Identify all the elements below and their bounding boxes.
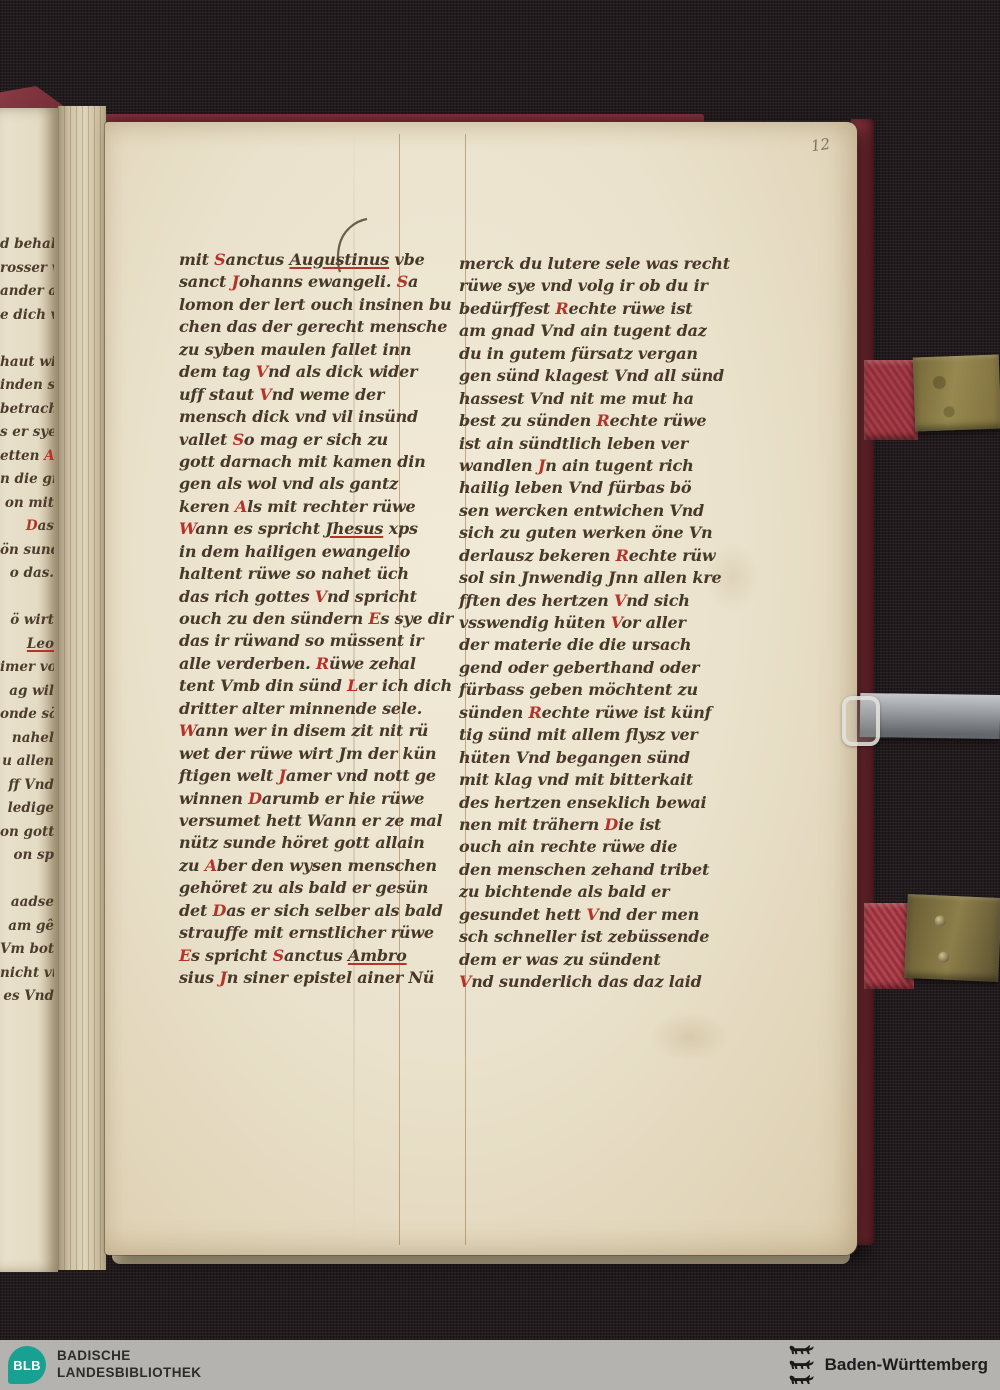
manuscript-line: am gnad Vnd ain tugent daz (459, 321, 711, 343)
manuscript-line: on sp (0, 847, 54, 871)
manuscript-line: sol sin Jnwendig Jnn allen kre (459, 568, 711, 590)
manuscript-line: fürbass geben möchtent zu (459, 680, 711, 702)
manuscript-line: bedürffest Rechte rüwe ist (459, 299, 711, 321)
manuscript-line: vallet So mag er sich zu (179, 430, 414, 452)
manuscript-line: Das (0, 518, 54, 542)
manuscript-line: ö wirt (0, 612, 54, 636)
manuscript-line: tent Vmb din sünd Ler ich dich (179, 676, 414, 698)
manuscript-line: gesundet hett Vnd der men (459, 905, 711, 927)
manuscript-line: Vnd sunderlich das daz laid (459, 972, 711, 994)
facing-page-text: d behaltenrosser verander alse dich vnha… (0, 236, 54, 1012)
manuscript-line: Wann wer in disem zit nit rü (179, 721, 414, 743)
manuscript-line (0, 871, 54, 895)
manuscript-line: e dich vn (0, 307, 54, 331)
state-name: Baden-Württemberg (825, 1355, 988, 1375)
manuscript-line: gen als wol vnd als gantz (179, 474, 414, 496)
manuscript-line: betrachten (0, 401, 54, 425)
manuscript-line: gen sünd klagest Vnd all sünd (459, 366, 711, 388)
manuscript-line: imer vor (0, 659, 54, 683)
manuscript-line: tig sünd mit allem flysz ver (459, 725, 711, 747)
manuscript-line: dem tag Vnd als dick wider (179, 362, 414, 384)
manuscript-line: mit klag vnd mit bitterkait (459, 770, 711, 792)
manuscript-line: gott darnach mit kamen din (179, 452, 414, 474)
manuscript-line: dritter alter minnende sele. (179, 699, 414, 721)
manuscript-line: zu Aber den wysen menschen (179, 856, 414, 878)
manuscript-page: 12 mit Sanctus Augustinus vbesanct Johan… (105, 122, 857, 1255)
manuscript-line: strauffe mit ernstlicher rüwe (179, 923, 414, 945)
manuscript-line: etten All (0, 448, 54, 472)
page-stain (650, 1012, 730, 1062)
manuscript-line: d behalten (0, 236, 54, 260)
manuscript-line: ftigen welt Jamer vnd nott ge (179, 766, 414, 788)
manuscript-line: vsswendig hüten Vor aller (459, 613, 711, 635)
manuscript-line: alle verderben. Rüwe zehal (179, 654, 414, 676)
manuscript-line: ist ain sündtlich leben ver (459, 434, 711, 456)
clasp-strap (864, 360, 918, 440)
manuscript-line: hüten Vnd begangen sünd (459, 748, 711, 770)
manuscript-line: dem er was zu sündent (459, 950, 711, 972)
manuscript-line: ander als (0, 283, 54, 307)
manuscript-line: on gott (0, 824, 54, 848)
manuscript-line: fften des hertzen Vnd sich (459, 591, 711, 613)
page-edges-strip (58, 106, 106, 1270)
facing-page-edge: d behaltenrosser verander alse dich vnha… (0, 108, 58, 1272)
manuscript-line: sanct Johanns ewangeli. Sa (179, 272, 414, 294)
manuscript-line: zu bichtende als bald er (459, 882, 711, 904)
manuscript-line: ouch zu den sündern Es sye dir (179, 609, 414, 631)
manuscript-line: in dem hailigen ewangelio (179, 542, 414, 564)
library-name-line1: BADISCHE (57, 1348, 201, 1365)
manuscript-line: hailig leben Vnd fürbas bö (459, 478, 711, 500)
manuscript-line: aadse (0, 894, 54, 918)
manuscript-line: mensch dick vnd vil insünd (179, 407, 414, 429)
page-number: 12 (810, 135, 831, 155)
manuscript-line: du in gutem fürsatz vergan (459, 344, 711, 366)
manuscript-line: ön sund (0, 542, 54, 566)
manuscript-line: wet der rüwe wirt Jm der kün (179, 744, 414, 766)
manuscript-line: nahel (0, 730, 54, 754)
photo-background: d behaltenrosser verander alse dich vnha… (0, 0, 1000, 1390)
manuscript-line: gehöret zu als bald er gesün (179, 878, 414, 900)
state-brand: Baden-Württemberg (786, 1340, 988, 1390)
manuscript-line: s er sye (0, 424, 54, 448)
manuscript-line: u allen (0, 753, 54, 777)
manuscript-line (0, 589, 54, 613)
manuscript-line: rüwe sye vnd volg ir ob du ir (459, 276, 711, 298)
manuscript-line: am gê (0, 918, 54, 942)
manuscript-line: sünden Rechte rüwe ist künf (459, 703, 711, 725)
manuscript-line: rosser ver (0, 260, 54, 284)
manuscript-line: sich zu guten werken öne Vn (459, 523, 711, 545)
strip-hook (842, 696, 880, 746)
manuscript-line: nen mit trähern Die ist (459, 815, 711, 837)
manuscript-line: haut wie (0, 354, 54, 378)
manuscript-line: sen wercken entwichen Vnd (459, 501, 711, 523)
manuscript-line: ff Vnd (0, 777, 54, 801)
manuscript-line: best zu sünden Rechte rüwe (459, 411, 711, 433)
manuscript-line: das ir rüwand so müssent ir (179, 631, 414, 653)
manuscript-line: ag wil (0, 683, 54, 707)
rivet (934, 915, 945, 926)
manuscript-line: ouch ain rechte rüwe die (459, 837, 711, 859)
manuscript-line: der materie die die ursach (459, 635, 711, 657)
right-text-column: merck du lutere sele was rechtrüwe sye v… (459, 254, 711, 994)
manuscript-line: on mit (0, 495, 54, 519)
manuscript-line: zu syben maulen fallet inn (179, 340, 414, 362)
manuscript-line: uff staut Vnd weme der (179, 385, 414, 407)
manuscript-line: Vm bote (0, 941, 54, 965)
footer-bar: BLB BADISCHE LANDESBIBLIOTHEK Baden-Würt… (0, 1340, 1000, 1390)
manuscript-line: wandlen Jn ain tugent rich (459, 456, 711, 478)
clasp-plate (913, 355, 1000, 432)
manuscript-line: haltent rüwe so nahet üch (179, 564, 414, 586)
manuscript-line: mit Sanctus Augustinus vbe (179, 250, 414, 272)
manuscript-line: des hertzen enseklich bewai (459, 793, 711, 815)
manuscript-line: versumet hett Wann er ze mal (179, 811, 414, 833)
manuscript-line: det Das er sich selber als bald (179, 901, 414, 923)
library-name-line2: LANDESBIBLIOTHEK (57, 1365, 201, 1382)
manuscript-line: Es spricht Sanctus Ambro (179, 946, 414, 968)
manuscript-line: sius Jn siner epistel ainer Nü (179, 968, 414, 990)
manuscript-line: merck du lutere sele was recht (459, 254, 711, 276)
strip-bar (860, 693, 1000, 739)
manuscript-line: sch schneller ist zebüssende (459, 927, 711, 949)
left-text-column: mit Sanctus Augustinus vbesanct Johanns … (179, 250, 414, 990)
library-name: BADISCHE LANDESBIBLIOTHEK (57, 1348, 201, 1381)
manuscript-line: das rich gottes Vnd spricht (179, 587, 414, 609)
manuscript-line (0, 330, 54, 354)
manuscript-line: derlausz bekeren Rechte rüw (459, 546, 711, 568)
manuscript-line: es Vnd (0, 988, 54, 1012)
coat-of-arms-icon (786, 1344, 816, 1386)
manuscript-line: Leo (0, 636, 54, 660)
manuscript-line: keren Als mit rechter rüwe (179, 497, 414, 519)
manuscript-line: chen das der gerecht mensche (179, 317, 414, 339)
manuscript-line: nütz sunde höret gott allain (179, 833, 414, 855)
blb-logo: BLB (8, 1346, 46, 1384)
manuscript-line: nicht vt (0, 965, 54, 989)
manuscript-line: lomon der lert ouch insinen bu (179, 295, 414, 317)
manuscript-line: hassest Vnd nit me mut ha (459, 389, 711, 411)
manuscript-line: den menschen zehand tribet (459, 860, 711, 882)
manuscript-line: Wann es spricht Jhesus xps (179, 519, 414, 541)
clasp-plate (904, 894, 1000, 982)
manuscript-line: n die gros (0, 471, 54, 495)
page-holder-strip (842, 686, 1000, 748)
manuscript-line: inden söl (0, 377, 54, 401)
manuscript-line: onde säl (0, 706, 54, 730)
manuscript-line: o das. (0, 565, 54, 589)
manuscript-line: winnen Darumb er hie rüwe (179, 789, 414, 811)
rivet (938, 951, 949, 962)
manuscript-line: ledige (0, 800, 54, 824)
manuscript-line: gend oder geberthand oder (459, 658, 711, 680)
